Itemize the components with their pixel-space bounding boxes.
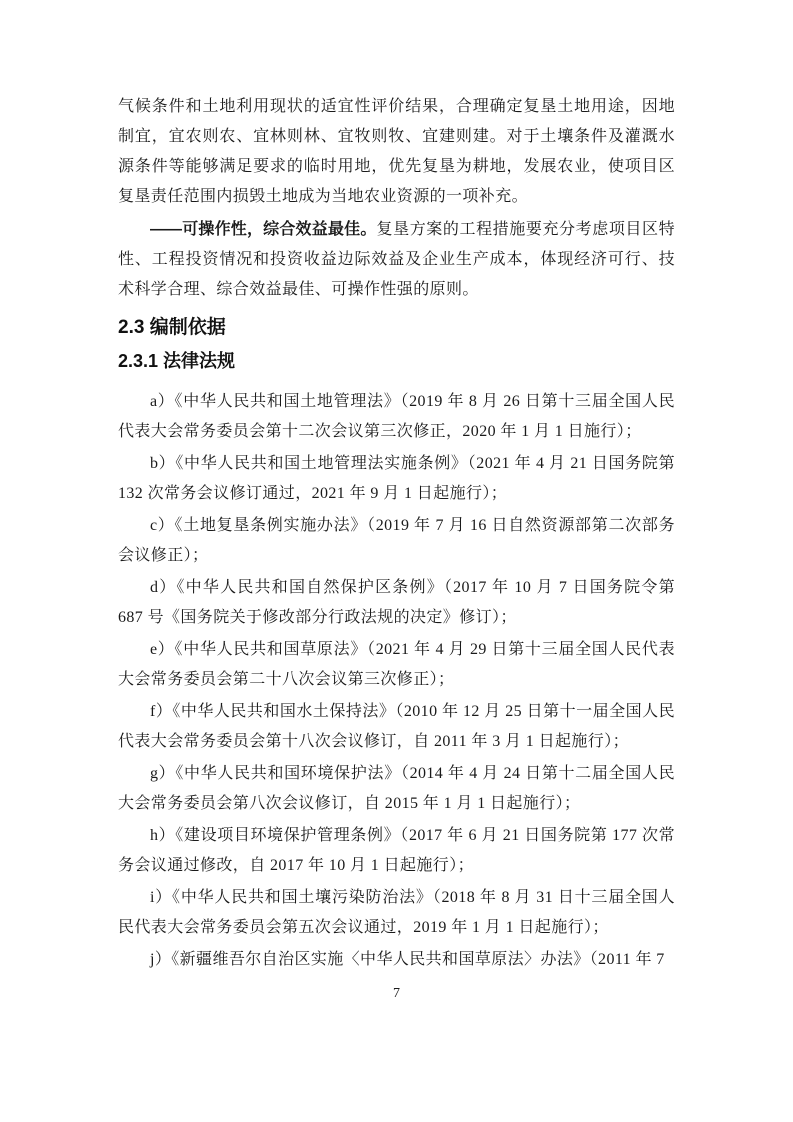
page-content: 气候条件和土地利用现状的适宜性评价结果，合理确定复垦土地用途，因地制宜，宜农则农…: [118, 92, 675, 977]
document-page: 气候条件和土地利用现状的适宜性评价结果，合理确定复垦土地用途，因地制宜，宜农则农…: [0, 0, 793, 1122]
legal-item-j: j）《新疆维吾尔自治区实施〈中华人民共和国草原法〉办法》（2011 年 7: [118, 945, 675, 975]
legal-item-f: f）《中华人民共和国水土保持法》（2010 年 12 月 25 日第十一届全国人…: [118, 697, 675, 757]
continuation-paragraph: 气候条件和土地利用现状的适宜性评价结果，合理确定复垦土地用途，因地制宜，宜农则农…: [118, 92, 675, 212]
subsection-heading-laws-regulations: 2.3.1 法律法规: [118, 346, 675, 376]
section-heading-compilation-basis: 2.3 编制依据: [118, 313, 675, 343]
legal-item-g: g）《中华人民共和国环境保护法》（2014 年 4 月 24 日第十二届全国人民…: [118, 759, 675, 819]
principle-paragraph: ——可操作性，综合效益最佳。复垦方案的工程措施要充分考虑项目区特性、工程投资情况…: [118, 215, 675, 305]
principle-lead-bold: ——可操作性，综合效益最佳。: [150, 221, 377, 238]
legal-item-a: a）《中华人民共和国土地管理法》（2019 年 8 月 26 日第十三届全国人民…: [118, 387, 675, 447]
legal-item-d: d）《中华人民共和国自然保护区条例》（2017 年 10 月 7 日国务院令第 …: [118, 573, 675, 633]
legal-item-h: h）《建设项目环境保护管理条例》（2017 年 6 月 21 日国务院第 177…: [118, 821, 675, 881]
page-number: 7: [0, 984, 793, 1004]
legal-item-i: i）《中华人民共和国土壤污染防治法》（2018 年 8 月 31 日十三届全国人…: [118, 883, 675, 943]
legal-item-b: b）《中华人民共和国土地管理法实施条例》（2021 年 4 月 21 日国务院第…: [118, 449, 675, 509]
legal-item-e: e）《中华人民共和国草原法》（2021 年 4 月 29 日第十三届全国人民代表…: [118, 635, 675, 695]
legal-item-c: c）《土地复垦条例实施办法》（2019 年 7 月 16 日自然资源部第二次部务…: [118, 511, 675, 571]
